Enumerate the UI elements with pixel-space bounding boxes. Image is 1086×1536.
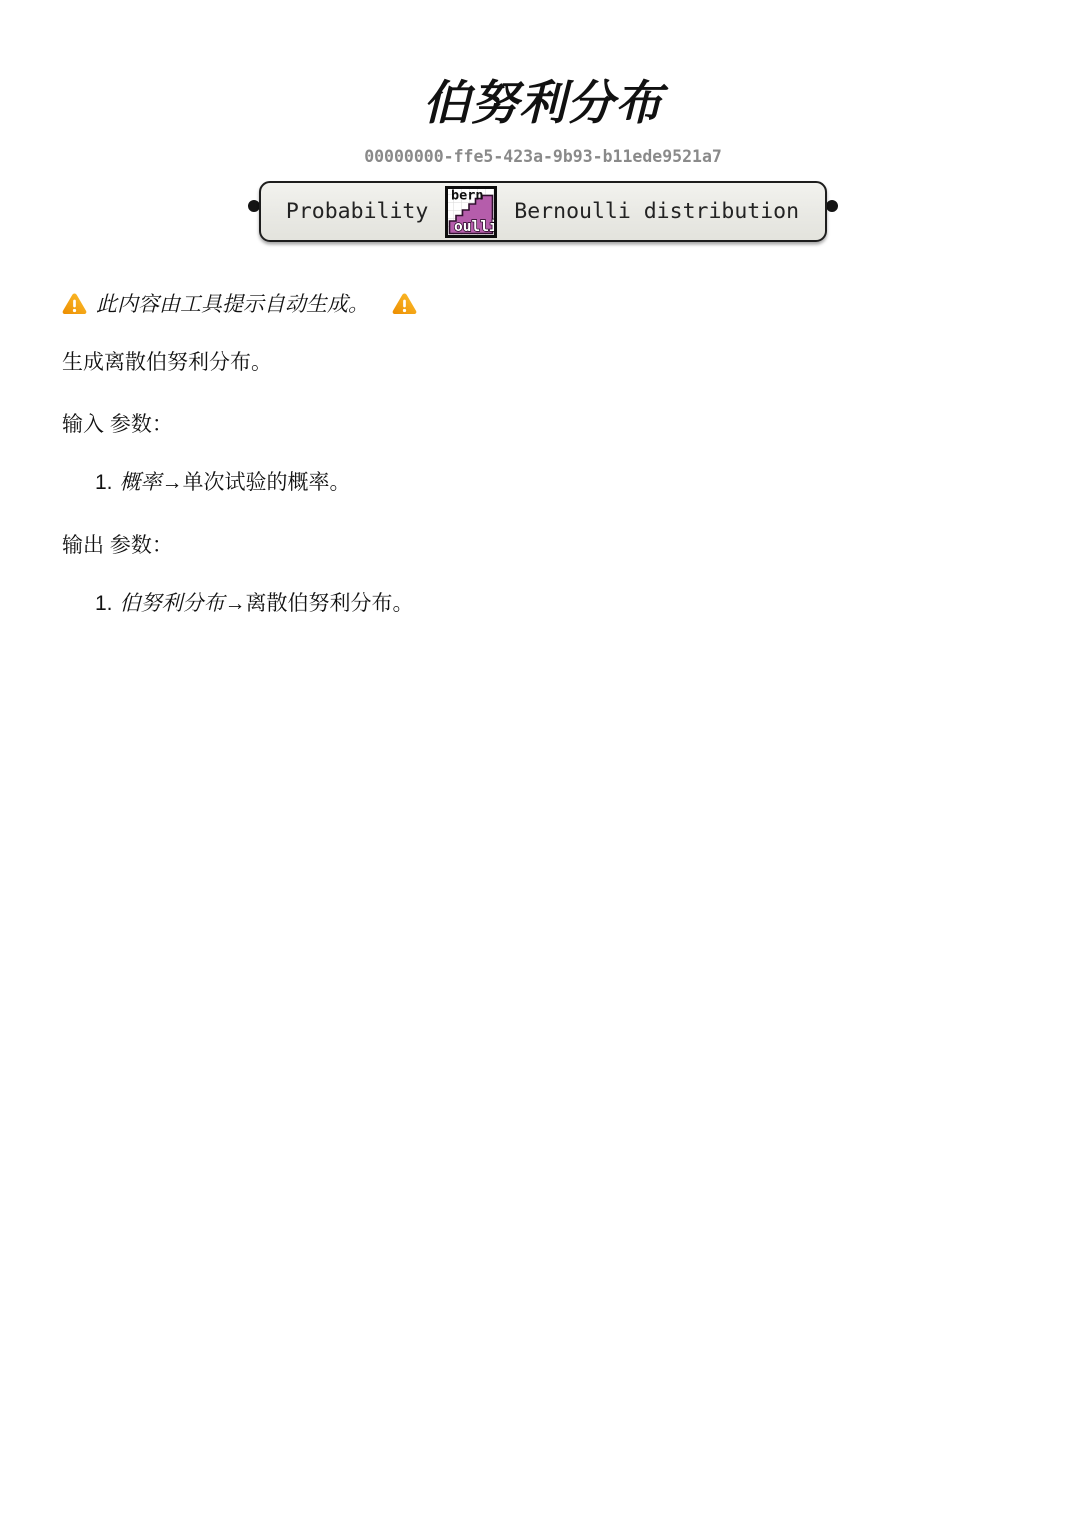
notice-text: 此内容由工具提示自动生成。 [96, 288, 369, 318]
arrow-glyph: → [225, 592, 246, 615]
component-category-label: Probability [286, 199, 428, 224]
component-name-label: Bernoulli distribution [514, 199, 799, 224]
inputs-list: 1.概率→单次试验的概率。 [62, 469, 1024, 497]
auto-generated-notice: 此内容由工具提示自动生成。 [62, 288, 1024, 318]
warning-icon [62, 292, 87, 315]
output-param-item: 1.伯努利分布→离散伯努利分布。 [62, 590, 1024, 618]
item-index: 1. [95, 471, 113, 494]
inputs-heading: 输入 参数： [62, 408, 1024, 438]
bernoulli-icon: bern oulli [445, 186, 497, 238]
param-name: 伯努利分布 [120, 592, 225, 615]
page: { "page": { "title": "伯努利分布", "uuid": "0… [0, 0, 1086, 1536]
item-index: 1. [95, 592, 113, 615]
outputs-list: 1.伯努利分布→离散伯努利分布。 [62, 590, 1024, 618]
svg-text:bern: bern [451, 187, 484, 203]
warning-icon [392, 292, 417, 315]
component-description: 生成离散伯努利分布。 [62, 349, 1024, 377]
input-param-item: 1.概率→单次试验的概率。 [62, 469, 1024, 497]
svg-text:oulli: oulli [454, 219, 497, 235]
param-description: 单次试验的概率。 [183, 471, 351, 494]
outputs-heading: 输出 参数： [62, 529, 1024, 559]
param-description: 离散伯努利分布。 [246, 592, 414, 615]
param-name: 概率 [120, 471, 162, 494]
component-guid: 00000000-ffe5-423a-9b93-b11ede9521a7 [0, 147, 1086, 166]
component-capsule: Probability bern oulli Bernoulli distrib… [259, 181, 827, 242]
arrow-glyph: → [162, 471, 183, 494]
body-column: 此内容由工具提示自动生成。 生成离散伯努利分布。 输入 参数： 1.概率→单次试… [0, 288, 1086, 618]
component-figure: Probability bern oulli Bernoulli distrib… [0, 181, 1086, 242]
grasshopper-component: Probability bern oulli Bernoulli distrib… [259, 181, 827, 242]
document: 伯努利分布 00000000-ffe5-423a-9b93-b11ede9521… [0, 0, 1086, 618]
output-connector-icon [826, 200, 838, 212]
page-title: 伯努利分布 [0, 66, 1086, 133]
